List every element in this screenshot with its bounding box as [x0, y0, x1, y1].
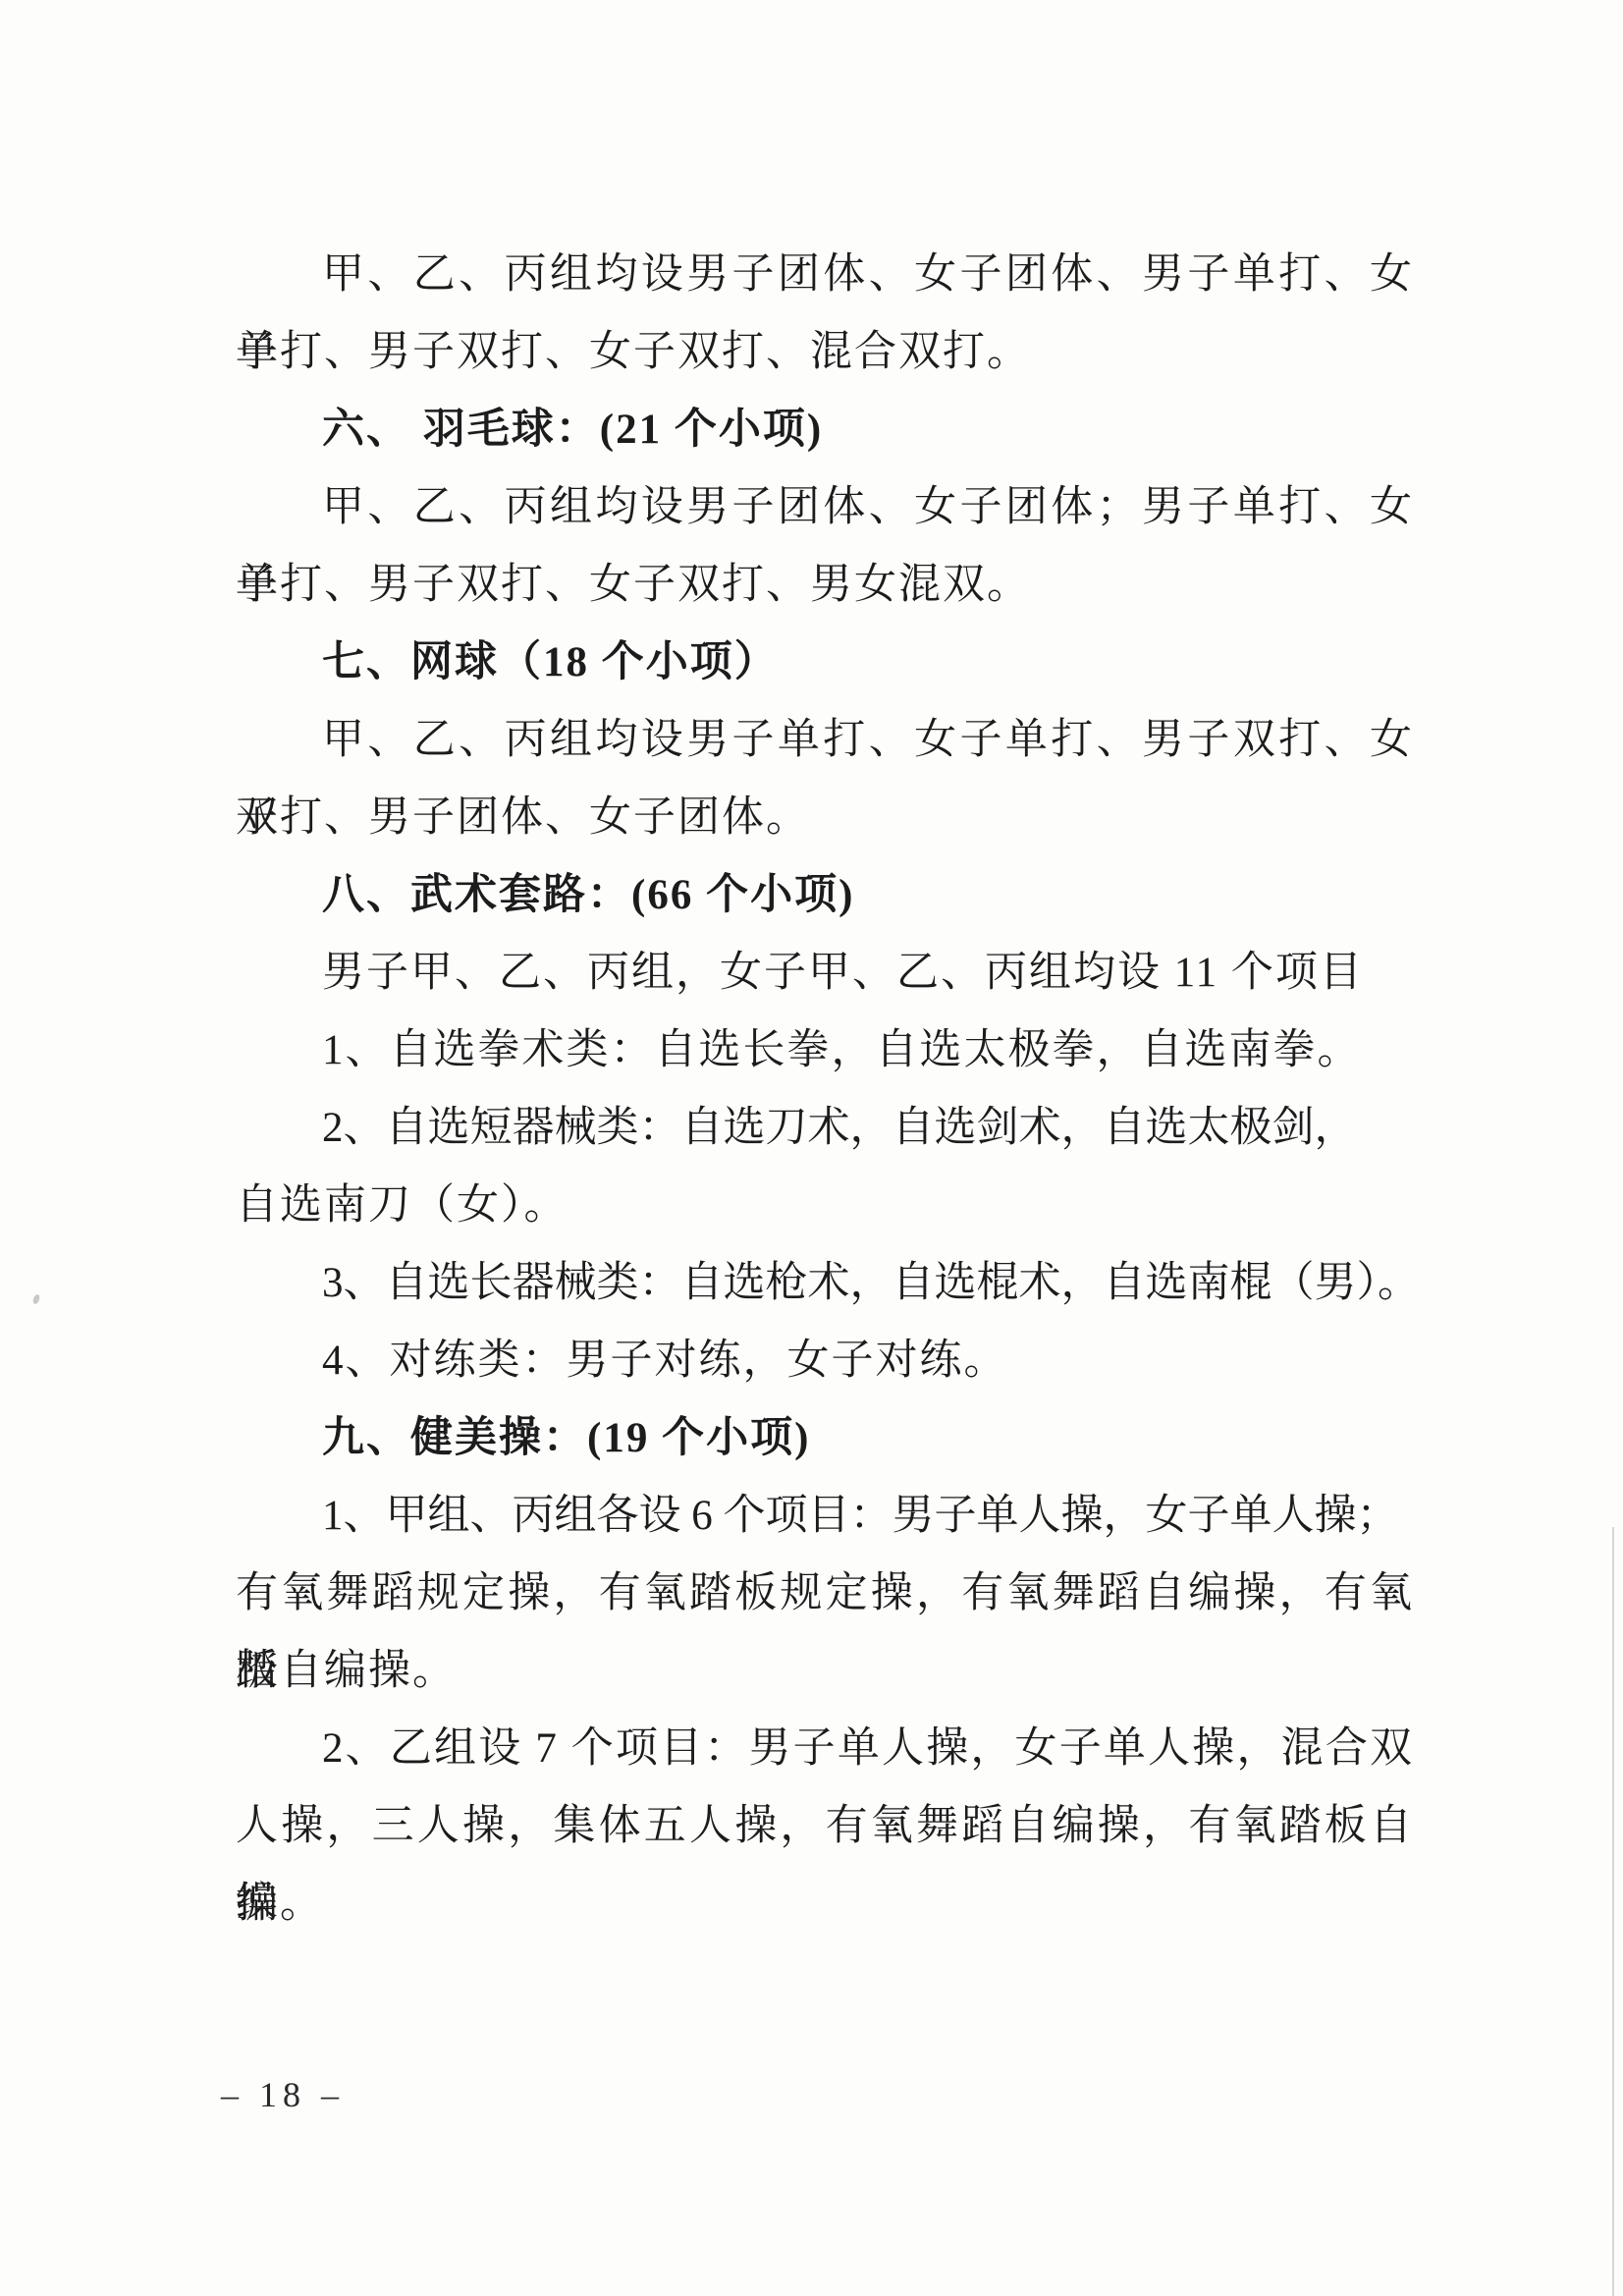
text-line: 单打、男子双打、女子双打、混合双打。 [236, 313, 1414, 391]
text-line: 1、自选拳术类：自选长拳，自选太极拳，自选南拳。 [236, 1011, 1414, 1089]
text-line: 单打、男子双打、女子双打、男女混双。 [236, 546, 1414, 624]
text-line: 有氧舞蹈规定操，有氧踏板规定操，有氧舞蹈自编操，有氧踏 [236, 1555, 1414, 1632]
text-block: 甲、乙、丙组均设男子团体、女子团体、男子单打、女子单打、男子双打、女子双打、混合… [236, 236, 1414, 1942]
heading-line: 七、网球（18 个小项） [236, 624, 1414, 701]
heading-line: 八、武术套路：(66 个小项) [236, 856, 1414, 934]
text-line: 2、乙组设 7 个项目：男子单人操，女子单人操，混合双 [236, 1710, 1414, 1787]
text-line: 甲、乙、丙组均设男子团体、女子团体、男子单打、女子 [236, 236, 1414, 313]
heading-line: 六、 羽毛球：(21 个小项) [236, 391, 1414, 468]
heading-line: 九、健美操：(19 个小项) [236, 1399, 1414, 1477]
text-line: 男子甲、乙、丙组，女子甲、乙、丙组均设 11 个项目 [236, 934, 1414, 1011]
scan-smudge-artifact [31, 1293, 40, 1304]
text-line: 操。 [236, 1865, 1414, 1942]
text-line: 甲、乙、丙组均设男子单打、女子单打、男子双打、女子 [236, 701, 1414, 779]
text-line: 甲、乙、丙组均设男子团体、女子团体；男子单打、女子 [236, 468, 1414, 546]
text-line: 双打、男子团体、女子团体。 [236, 779, 1414, 856]
page-number: – 18 – [221, 2074, 345, 2115]
text-line: 板自编操。 [236, 1632, 1414, 1710]
text-line: 4、对练类：男子对练，女子对练。 [236, 1322, 1414, 1399]
scan-edge-artifact [1612, 1527, 1614, 2296]
text-line: 自选南刀（女）。 [236, 1167, 1414, 1244]
document-page: 甲、乙、丙组均设男子团体、女子团体、男子单打、女子单打、男子双打、女子双打、混合… [0, 0, 1623, 2296]
text-line: 2、自选短器械类：自选刀术，自选剑术，自选太极剑， [236, 1089, 1414, 1167]
text-line: 1、甲组、丙组各设 6 个项目：男子单人操，女子单人操； [236, 1477, 1414, 1555]
text-line: 人操，三人操，集体五人操，有氧舞蹈自编操，有氧踏板自编 [236, 1787, 1414, 1865]
text-line: 3、自选长器械类：自选枪术，自选棍术，自选南棍（男）。 [236, 1244, 1414, 1322]
